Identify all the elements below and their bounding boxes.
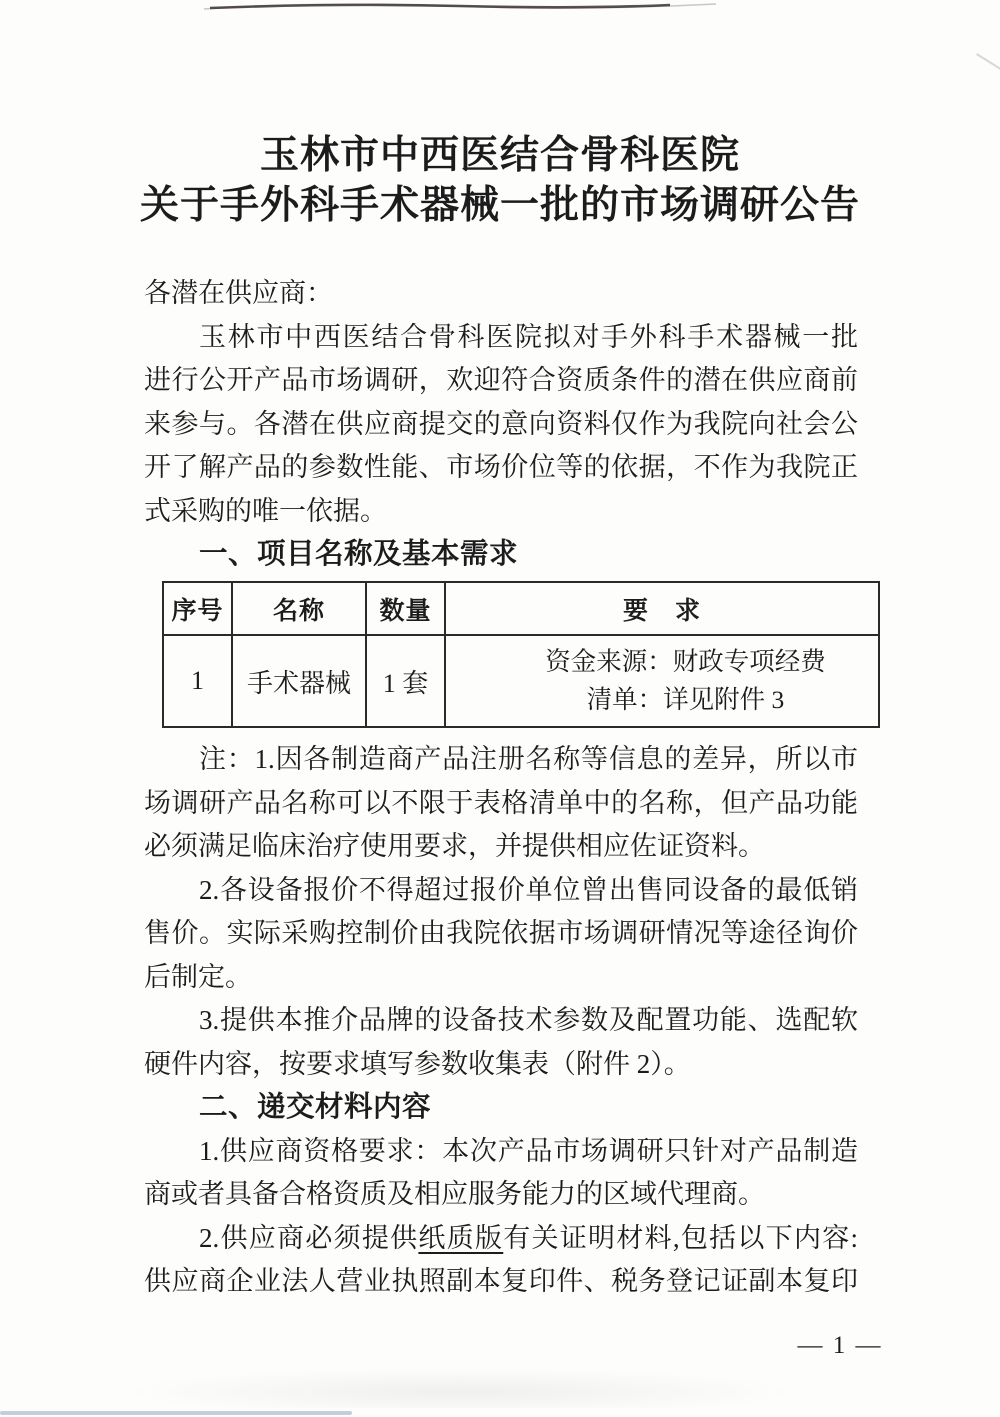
table-cell-qty: 1 套 [367, 636, 446, 726]
req-line-list: 清单：详见附件 3 [587, 681, 785, 719]
text-line: 来参与。各潜在供应商提交的意向资料仅作为我院向社会公 [144, 403, 858, 447]
text-line-note3: 3.提供本推介品牌的设备技术参数及配置功能、选配软 [144, 999, 858, 1043]
text-line: 商或者具备合格资质及相应服务能力的区域代理商。 [144, 1173, 858, 1217]
text-segment: 2.供应商必须提供 [199, 1223, 418, 1253]
table-cell-name: 手术器械 [233, 636, 367, 726]
requirements-table: 序号 名称 数量 要 求 1 手术器械 1 套 资金来源：财政专项经费 清单：详… [162, 581, 880, 728]
text-line: 硬件内容，按要求填写参数收集表（附件 2）。 [144, 1043, 858, 1087]
table-header-seq: 序号 [164, 583, 233, 636]
scan-artifact-noise [120, 1368, 800, 1408]
req-line-funding: 资金来源：财政专项经费 [545, 643, 826, 681]
table-cell-seq: 1 [164, 636, 233, 726]
text-line-salutation: 各潜在供应商： [144, 272, 858, 316]
intro-paragraph: 各潜在供应商： 玉林市中西医结合骨科医院拟对手外科手术器械一批 进行公开产品市场… [144, 272, 858, 577]
text-line-note1: 注：1.因各制造商产品注册名称等信息的差异，所以市 [144, 738, 858, 782]
section2-heading: 二、递交材料内容 [144, 1086, 858, 1130]
text-line-item1: 1.供应商资格要求：本次产品市场调研只针对产品制造 [144, 1130, 858, 1174]
text-segment: 有关证明材料,包括以下内容: [503, 1223, 858, 1253]
section1-heading: 一、项目名称及基本需求 [144, 533, 858, 577]
text-line: 进行公开产品市场调研，欢迎符合资质条件的潜在供应商前 [144, 359, 858, 403]
table-cell-req: 资金来源：财政专项经费 清单：详见附件 3 [446, 636, 878, 726]
text-line: 供应商企业法人营业执照副本复印件、税务登记证副本复印 [144, 1260, 858, 1304]
text-line: 场调研产品名称可以不限于表格清单中的名称，但产品功能 [144, 782, 858, 826]
text-line: 玉林市中西医结合骨科医院拟对手外科手术器械一批 [144, 316, 858, 360]
underlined-text: 纸质版 [418, 1223, 503, 1253]
text-line-note2: 2.各设备报价不得超过报价单位曾出售同设备的最低销 [144, 869, 858, 913]
text-line: 售价。实际采购控制价由我院依据市场调研情况等途径询价 [144, 912, 858, 956]
scan-artifact-top-line [200, 0, 720, 14]
text-line: 必须满足临床治疗使用要求，并提供相应佐证资料。 [144, 825, 858, 869]
table-header-qty: 数量 [367, 583, 446, 636]
table-header-name: 名称 [233, 583, 367, 636]
scanned-document-page: 玉林市中西医结合骨科医院 关于手外科手术器械一批的市场调研公告 各潜在供应商： … [0, 0, 1000, 1417]
scan-artifact-corner-mark [976, 53, 1000, 73]
table-header-req: 要 求 [446, 583, 878, 636]
document-title: 玉林市中西医结合骨科医院 关于手外科手术器械一批的市场调研公告 [0, 131, 1000, 231]
document-title-line2: 关于手外科手术器械一批的市场调研公告 [0, 181, 1000, 231]
text-line: 式采购的唯一依据。 [144, 490, 858, 534]
text-line: 开了解产品的参数性能、市场价位等的依据，不作为我院正 [144, 446, 858, 490]
text-line: 后制定。 [144, 956, 858, 1000]
scan-artifact-bottom-line [0, 1411, 352, 1415]
page-number: — 1 — [780, 1332, 900, 1360]
document-title-line1: 玉林市中西医结合骨科医院 [0, 131, 1000, 181]
text-line-item2: 2.供应商必须提供纸质版有关证明材料,包括以下内容: [144, 1217, 858, 1261]
notes-and-section2: 注：1.因各制造商产品注册名称等信息的差异，所以市 场调研产品名称可以不限于表格… [144, 738, 858, 1304]
